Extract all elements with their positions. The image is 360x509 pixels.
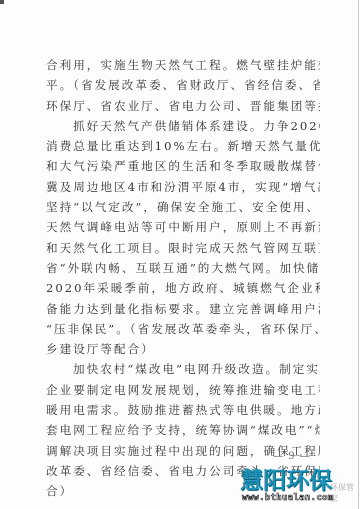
text-line: 环保厅、省农业厅、省电力公司、晋能集团等按照职责分别负责） xyxy=(46,96,320,116)
text-line: 备能力达到量化指标要求。建立完善调峰用户清单，采暖季实行 xyxy=(46,299,320,319)
page-edge-line xyxy=(358,0,359,509)
text-line: 省“外联内畅、互联互通”的大燃气网。加快储气设施建设步伐， xyxy=(46,258,320,278)
text-line: 和大气污染严重地区的生活和冬季取暖散煤替代，重点支持京津 xyxy=(46,156,320,176)
document-body: 合利用，实施生物天然气工程。燃气壁挂炉能效不得低于2级水 平。（省发展改革委、省… xyxy=(46,55,320,502)
text-line: 乡建设厅等配合） xyxy=(46,339,320,359)
watermark-url: www.bthualan.com xyxy=(242,493,334,504)
paragraph-start-line: 加快农村“煤改电”电网升级改造。制定实施工作方案。电网 xyxy=(46,359,320,379)
text-line: 2020年采暖季前，地方政府、城镇燃气企业和上游供气企业的储 xyxy=(46,278,320,298)
watermark-tag: 环保管家 xyxy=(330,482,358,504)
text-line: 企业要制定电网发展规划，统筹推进输变电工程建设，满足居民采 xyxy=(46,380,320,400)
text-line: 天然气调峰电站等可中断用户，原则上不再新建天然气热电联产 xyxy=(46,217,320,237)
text-line: 和天然气化工项目。限时完成天然气管网互联互通，构建形成全 xyxy=(46,238,320,258)
watermark-logo: 慧阳环保 环保管家 www.bthualan.com xyxy=(238,468,358,508)
page-number: — 9 — xyxy=(266,451,318,462)
text-line: 合利用，实施生物天然气工程。燃气壁挂炉能效不得低于2级水 xyxy=(46,55,320,75)
text-line: 套电网工程应给予支持，统筹协调“煤改电”“煤改气”建设用地，协 xyxy=(46,420,320,440)
text-line: 冀及周边地区4市和汾渭平原4市，实现“增气减煤”。“煤改气” xyxy=(46,177,320,197)
text-line: 平。（省发展改革委、省财政厅、省经信委、省住房城乡建设厅、省 xyxy=(46,75,320,95)
watermark-title: 慧阳环保 xyxy=(240,468,332,494)
scan-corner-mark xyxy=(0,0,4,4)
text-line: “压非保民”。（省发展改革委牵头，省环保厅、省财政厅、省住房城 xyxy=(46,319,320,339)
text-line: 消费总量比重达到10%左右。新增天然气量优先用于城镇居民 xyxy=(46,136,320,156)
text-line: 暖用电需求。鼓励推进蓄热式等电供暖。地方政府对“煤改电”配 xyxy=(46,400,320,420)
document-page: 合利用，实施生物天然气工程。燃气壁挂炉能效不得低于2级水 平。（省发展改革委、省… xyxy=(0,0,360,509)
text-line: 坚持“以气定改”，确保安全施工、安全使用、安全管理。有序发展 xyxy=(46,197,320,217)
paragraph-start-line: 抓好天然气产供储销体系建设。力争2020年天然气占能源 xyxy=(46,116,320,136)
